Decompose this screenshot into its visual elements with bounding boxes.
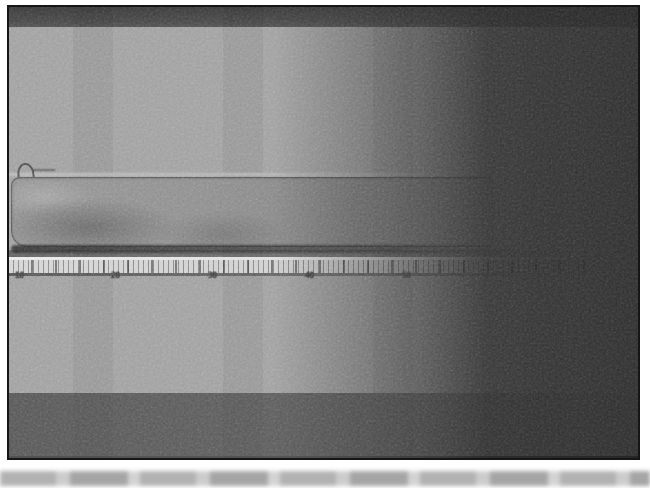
scan-smear-band [0, 471, 650, 486]
scanned-page: 10 20 30 40 50 [0, 0, 650, 488]
film-grain-texture-fine [9, 7, 638, 456]
photograph: 10 20 30 40 50 [7, 5, 640, 460]
